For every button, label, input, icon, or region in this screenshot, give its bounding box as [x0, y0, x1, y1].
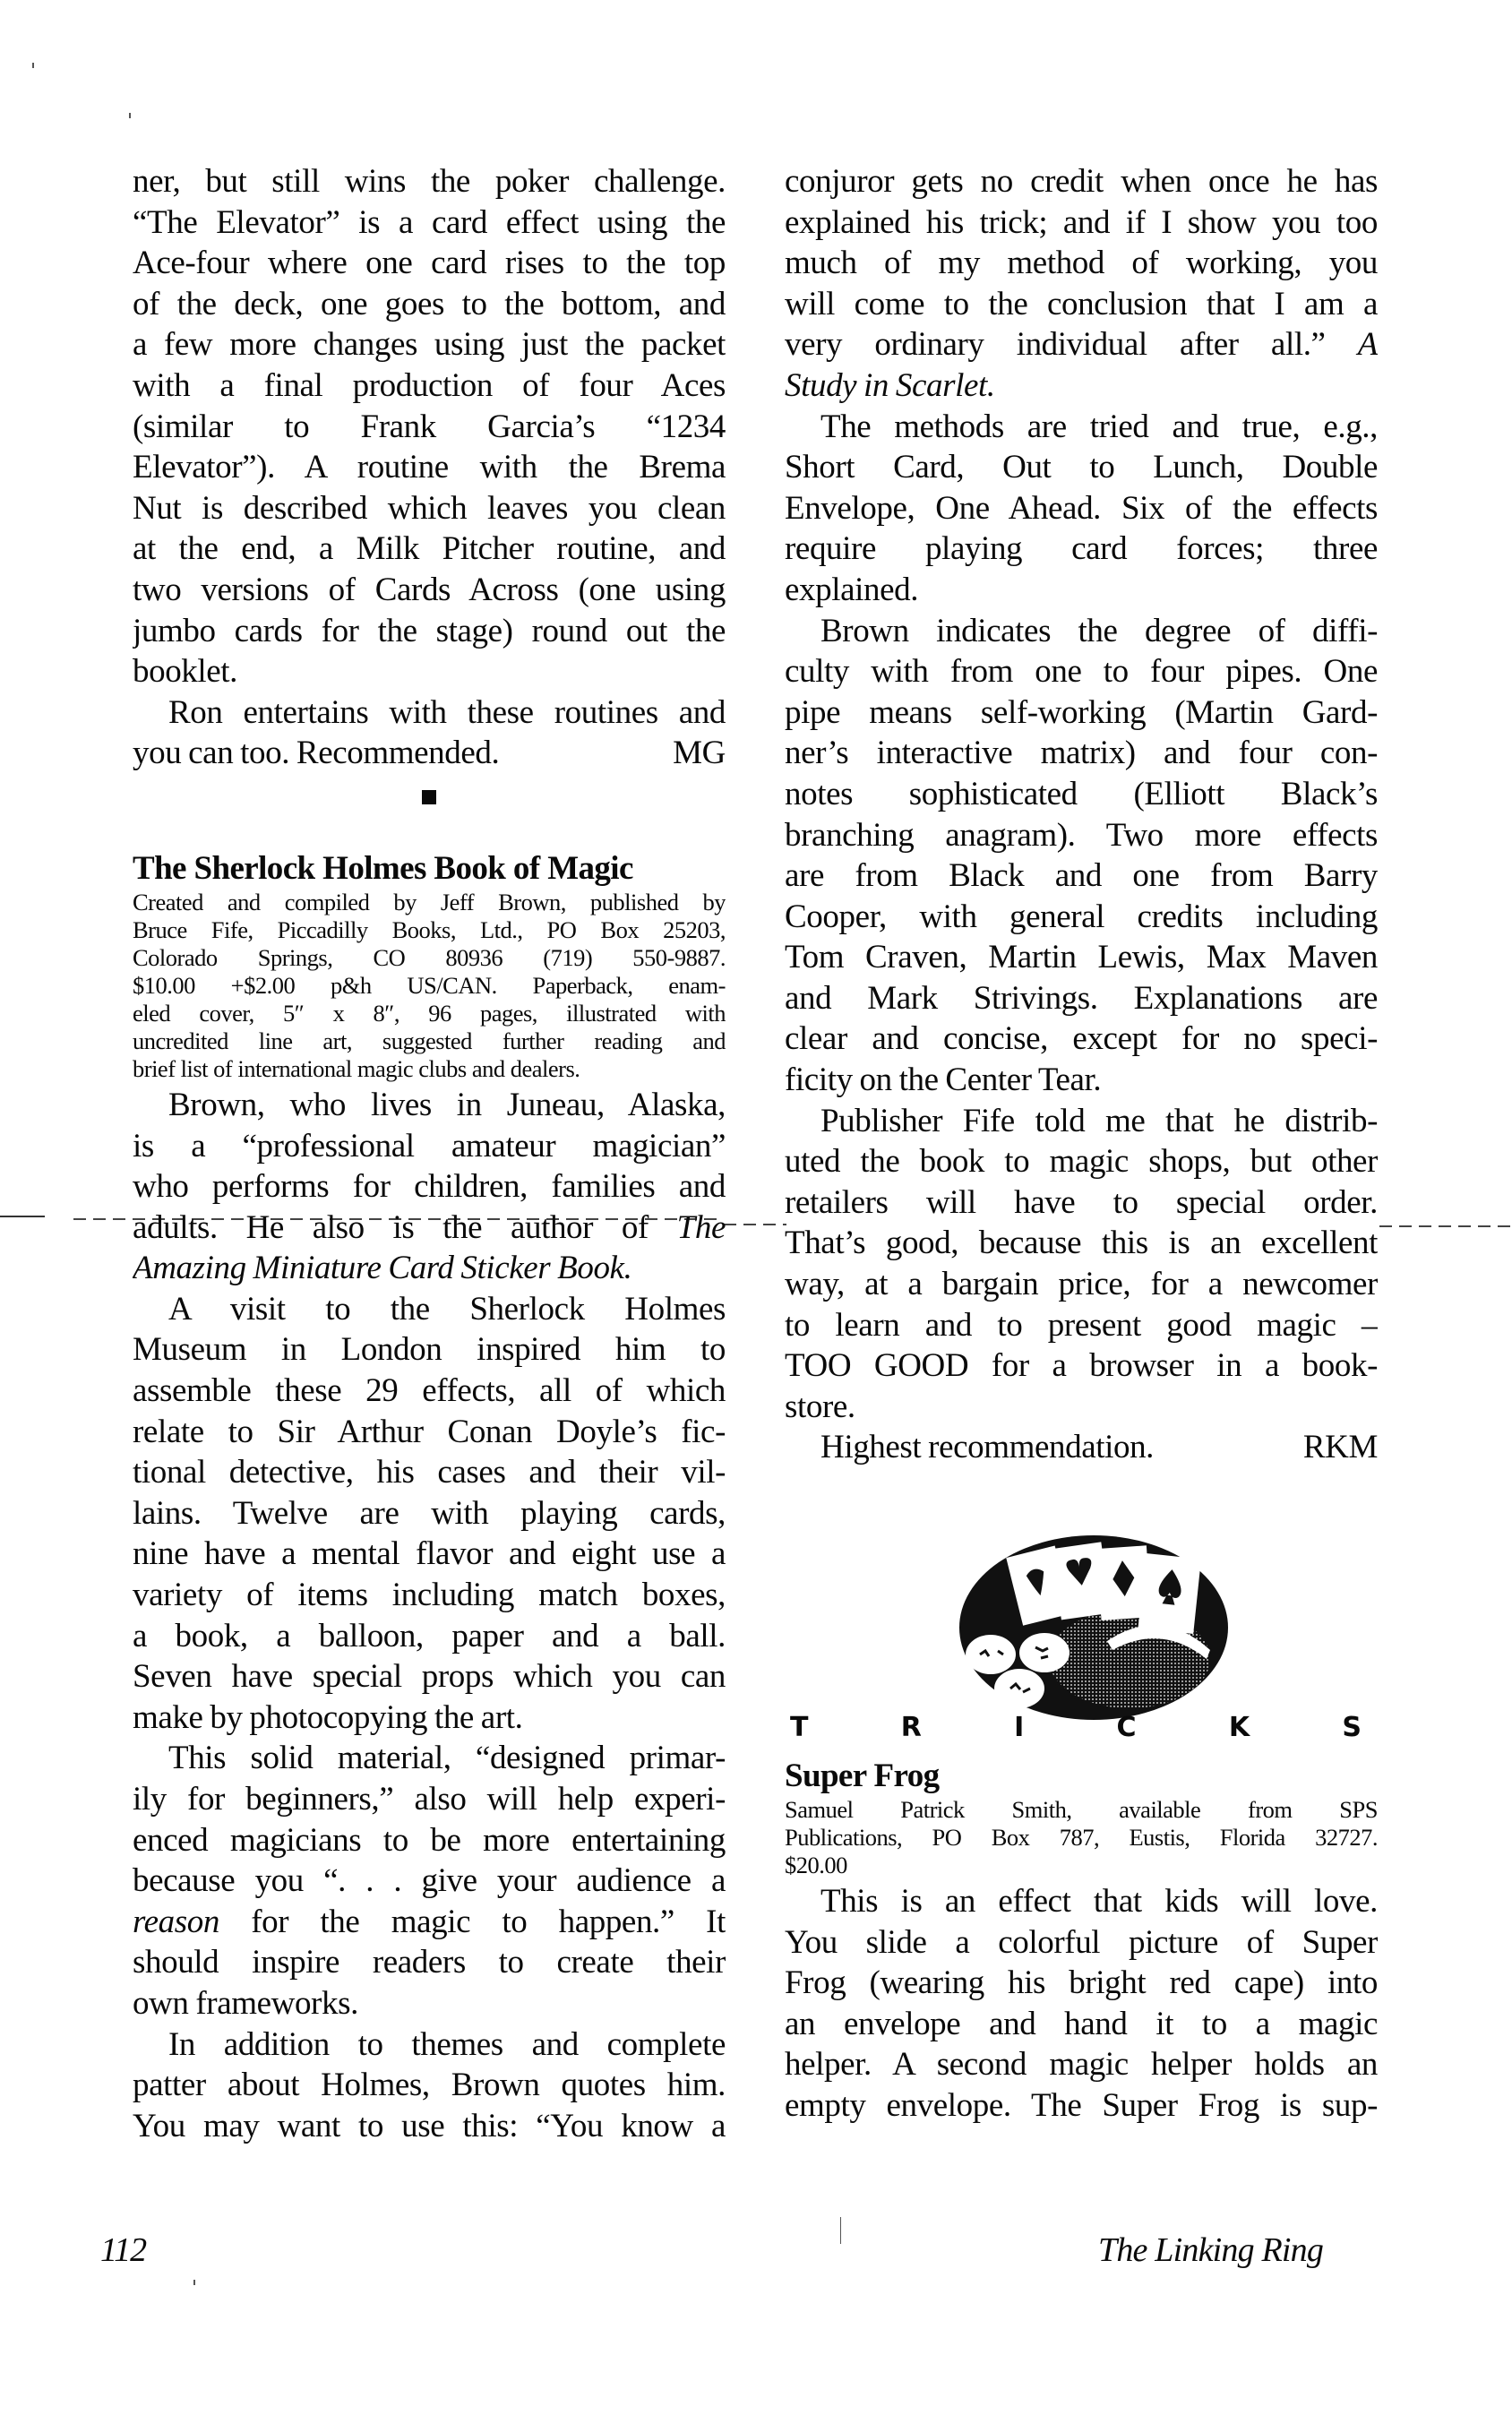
meta-line: brief list of international magic clubs … [133, 1055, 726, 1083]
text-line: adults. He also is the author of The [133, 1207, 726, 1249]
meta-line: Publications, PO Box 787, Eustis, Florid… [785, 1824, 1378, 1852]
text-line: That’s good, because this is an excellen… [785, 1223, 1378, 1264]
wordmark-letter: C [1117, 1712, 1137, 1743]
text-line: very ordinary individual after all.” A [785, 324, 1378, 365]
text-line: are from Black and one from Barry [785, 855, 1378, 897]
review-title: Super Frog [785, 1757, 1378, 1796]
text-line: is a “professional amateur magician” [133, 1126, 726, 1167]
right-column: conjuror gets no credit when once he has… [785, 161, 1378, 2127]
text-line: because you “. . . give your audience a [133, 1861, 726, 1902]
text-line: (similar to Frank Garcia’s “1234 [133, 407, 726, 448]
playing-cards-and-chips-icon [955, 1529, 1233, 1722]
review-meta: Samuel Patrick Smith, available from SPS… [785, 1796, 1378, 1879]
meta-line: eled cover, 5″ x 8″, 96 pages, illustrat… [133, 1000, 726, 1027]
meta-line: uncredited line art, suggested further r… [133, 1027, 726, 1055]
text-line: enced magicians to be more entertaining [133, 1820, 726, 1861]
reviewer-initials: MG [673, 733, 726, 774]
continued-review: ner, but still wins the poker challenge.… [133, 161, 726, 774]
text-line: Nut is described which leaves you clean [133, 488, 726, 529]
text-line: Publisher Fife told me that he distrib- [785, 1101, 1378, 1142]
text-line: Cooper, with general credits including [785, 897, 1378, 938]
text-line: Elevator”). A routine with the Brema [133, 447, 726, 488]
text-line: helper. A second magic helper holds an [785, 2044, 1378, 2085]
text-line: explained. [785, 570, 1378, 611]
text-line: patter about Holmes, Brown quotes him. [133, 2065, 726, 2106]
text-line: Tom Craven, Martin Lewis, Max Maven [785, 937, 1378, 978]
text-line: pipe means self-working (Martin Gard- [785, 692, 1378, 734]
meta-line: Colorado Springs, CO 80936 (719) 550-988… [133, 944, 726, 972]
meta-line: Bruce Fife, Piccadilly Books, Ltd., PO B… [133, 916, 726, 944]
text-line: Brown, who lives in Juneau, Alaska, [133, 1085, 726, 1126]
wordmark-letter: T [790, 1712, 808, 1743]
text-line: retailers will have to special order. [785, 1182, 1378, 1224]
text-line: Brown indicates the degree of diffi- [785, 611, 1378, 652]
publication-name: The Linking Ring [1098, 2230, 1323, 2270]
text-line: relate to Sir Arthur Conan Doyle’s fic- [133, 1412, 726, 1453]
text-line: explained his trick; and if I show you t… [785, 202, 1378, 244]
text-line: ner, but still wins the poker challenge. [133, 161, 726, 202]
quote-continued: conjuror gets no credit when once he has… [785, 161, 1378, 1468]
meta-line: Created and compiled by Jeff Brown, publ… [133, 889, 726, 916]
text-line: way, at a bargain price, for a newcomer [785, 1264, 1378, 1305]
review-signoff: Highest recommendation. RKM [785, 1427, 1378, 1468]
text-line: store. [785, 1387, 1378, 1428]
meta-line: $20.00 [785, 1852, 1378, 1879]
text-line: A visit to the Sherlock Holmes [133, 1289, 726, 1330]
text-line: nine have a mental flavor and eight use … [133, 1534, 726, 1575]
wordmark-letter: S [1342, 1712, 1362, 1743]
review-body: This is an effect that kids will love. Y… [785, 1881, 1378, 2127]
text-line: to learn and to present good magic – [785, 1305, 1378, 1346]
text-line: Short Card, Out to Lunch, Double [785, 447, 1378, 488]
scan-speck [840, 2217, 841, 2244]
text-line: Ron entertains with these routines and [133, 692, 726, 734]
scan-fold-line-mid-right [724, 1224, 786, 1225]
wordmark-letter: R [901, 1712, 922, 1743]
page-number: 112 [100, 2230, 146, 2270]
meta-line: $10.00 +$2.00 p&h US/CAN. Paperback, ena… [133, 972, 726, 1000]
text-line: own frameworks. [133, 1983, 726, 2024]
text-line: Frog (wearing his bright red cape) into [785, 1963, 1378, 2004]
text-line: require playing card forces; three [785, 529, 1378, 570]
text-line: Seven have special props which you can [133, 1656, 726, 1697]
text-line: You may want to use this: “You know a [133, 2106, 726, 2147]
text-line: uted the book to magic shops, but other [785, 1141, 1378, 1182]
text-line: This is an effect that kids will love. [785, 1881, 1378, 1922]
text-line: lains. Twelve are with playing cards, [133, 1493, 726, 1534]
text-line: clear and concise, except for no speci- [785, 1018, 1378, 1060]
text-line: a book, a balloon, paper and a ball. [133, 1616, 726, 1657]
text-line: should inspire readers to create their [133, 1942, 726, 1983]
text-line: ner’s interactive matrix) and four con- [785, 733, 1378, 774]
text-line: an envelope and hand it to a magic [785, 2004, 1378, 2045]
wordmark-letter: K [1229, 1712, 1250, 1743]
tricks-wordmark: T R I C K S [785, 1712, 1378, 1743]
scan-speck [129, 113, 131, 118]
text-line: tional detective, his cases and their vi… [133, 1452, 726, 1493]
review-signoff: you can too. Recommended. MG [133, 733, 726, 774]
text-line: assemble these 29 effects, all of which [133, 1371, 726, 1412]
text-line: This solid material, “designed primar- [133, 1738, 726, 1779]
review-body: Brown, who lives in Juneau, Alaska, is a… [133, 1085, 726, 2146]
text-line: Ace-four where one card rises to the top [133, 243, 726, 284]
text-line: conjuror gets no credit when once he has [785, 161, 1378, 202]
signoff-text: you can too. Recommended. [133, 733, 499, 774]
text-line: notes sophisticated (Elliott Black’s [785, 774, 1378, 815]
text-line: TOO GOOD for a browser in a book- [785, 1345, 1378, 1387]
tricks-section-logo: T R I C K S [785, 1524, 1378, 1748]
text-line: Museum in London inspired him to [133, 1329, 726, 1371]
scan-fold-line-left [0, 1216, 45, 1217]
scan-speck [193, 2280, 195, 2285]
text-line: “The Elevator” is a card effect using th… [133, 202, 726, 244]
text-line: and Mark Strivings. Explanations are [785, 978, 1378, 1019]
book-title-line: Amazing Miniature Card Sticker Book. [133, 1248, 726, 1289]
text-line: In addition to themes and complete [133, 2024, 726, 2066]
signoff-text: Highest recommendation. [820, 1427, 1154, 1468]
text-line: You slide a colorful picture of Super [785, 1922, 1378, 1964]
wordmark-letter: I [1014, 1712, 1024, 1743]
quote-source: Study in Scarlet. [785, 365, 1378, 407]
text-line: The methods are tried and true, e.g., [785, 407, 1378, 448]
text-line: of the deck, one goes to the bottom, and [133, 284, 726, 325]
text-line: at the end, a Milk Pitcher routine, and [133, 529, 726, 570]
text-line: ficity on the Center Tear. [785, 1060, 1378, 1101]
text-line: will come to the conclusion that I am a [785, 284, 1378, 325]
reviewer-initials: RKM [1303, 1427, 1378, 1468]
text-line: Envelope, One Ahead. Six of the effects [785, 488, 1378, 529]
text-line: reason for the magic to happen.” It [133, 1902, 726, 1943]
text-line: much of my method of working, you [785, 243, 1378, 284]
review-title: The Sherlock Holmes Book of Magic [133, 849, 726, 889]
text-line: who performs for children, families and [133, 1166, 726, 1207]
text-line: a few more changes using just the packet [133, 324, 726, 365]
text-line: jumbo cards for the stage) round out the [133, 611, 726, 652]
scan-speck [32, 63, 34, 68]
scan-fold-line-right [1379, 1225, 1512, 1227]
text-line: with a final production of four Aces [133, 365, 726, 407]
text-line: ily for beginners,” also will help exper… [133, 1779, 726, 1820]
text-line: booklet. [133, 651, 726, 692]
meta-line: Samuel Patrick Smith, available from SPS [785, 1796, 1378, 1824]
text-line: culty with from one to four pipes. One [785, 651, 1378, 692]
section-end-square-icon [422, 790, 436, 804]
text-line: empty envelope. The Super Frog is sup- [785, 2085, 1378, 2127]
text-line: variety of items including match boxes, [133, 1575, 726, 1616]
text-line: branching anagram). Two more effects [785, 815, 1378, 856]
text-line: make by photocopying the art. [133, 1697, 726, 1739]
review-meta: Created and compiled by Jeff Brown, publ… [133, 889, 726, 1083]
text-line: two versions of Cards Across (one using [133, 570, 726, 611]
left-column: ner, but still wins the poker challenge.… [133, 161, 726, 2146]
